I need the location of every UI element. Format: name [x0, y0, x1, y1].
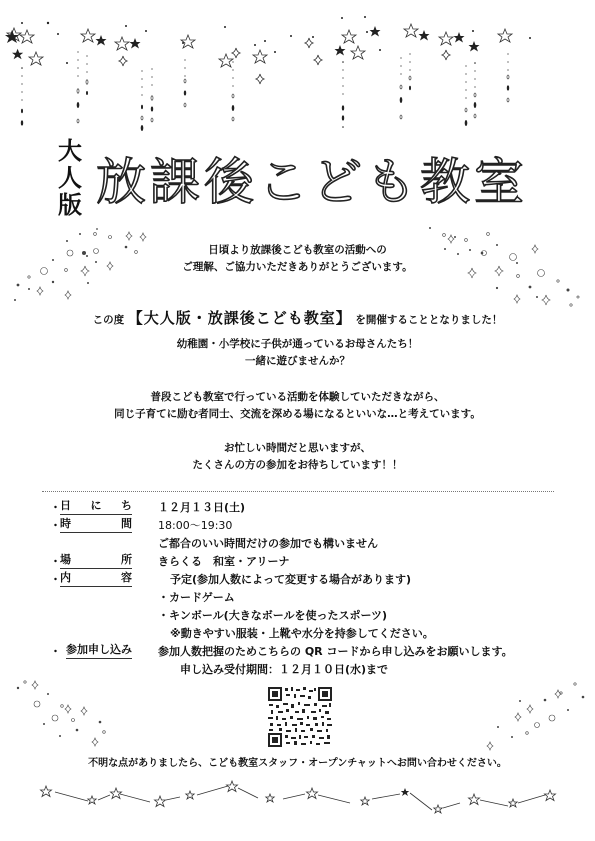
- closing-line-2: たくさんの方の参加をお待ちしています！！: [0, 457, 595, 474]
- strand: [21, 67, 23, 125]
- announcement-prefix: この度: [93, 314, 125, 326]
- content-value: 予定(参加人数によって変更する場合があります): [170, 571, 411, 587]
- closing-line-1: お忙しい時間だと思いますが、: [0, 440, 595, 457]
- content-note-row: ※動きやすい服装・上靴や水分を持参してください。: [50, 625, 560, 643]
- time-value: 18:00～19:30: [158, 517, 232, 533]
- qr-code[interactable]: [267, 686, 333, 748]
- detail-content: ・ 内容 予定(参加人数によって変更する場合があります): [50, 571, 560, 589]
- date-value: １２月１３日(土): [158, 499, 245, 515]
- event-details: ・ 日にち １２月１３日(土) ・ 時間 18:00～19:30 ご都合のいい時…: [50, 499, 560, 679]
- badge-char: 版: [48, 192, 92, 219]
- apply-deadline: 申し込み受付期間：１２月１０日(水)まで: [180, 661, 388, 677]
- purpose-line-1: 普段こども教室で行っている活動を体験していただきながら、: [0, 389, 595, 406]
- content-item: ・キンボール(大きなボールを使ったスポーツ): [50, 607, 560, 625]
- place-label: 場所: [60, 553, 132, 569]
- intro-line-1: 日頃より放課後こども教室の活動への: [0, 242, 595, 259]
- detail-apply: ・ 参加申し込み 参加人数把握のためこちらの QR コードから申し込みをお願いし…: [50, 643, 560, 661]
- invite-line-1: 幼稚園・小学校に子供が通っているお母さんたち！: [0, 336, 595, 353]
- intro-line-2: ご理解、ご協力いただきありがとうございます。: [0, 259, 595, 276]
- apply-deadline-row: 申し込み受付期間：１２月１０日(水)まで: [50, 661, 560, 679]
- content-item-card-game: ・カードゲーム: [158, 589, 235, 605]
- content-label: 内容: [60, 571, 132, 587]
- date-label: 日にち: [60, 499, 132, 515]
- purpose-text: 普段こども教室で行っている活動を体験していただきながら、 同じ子育てに励む者同士…: [0, 389, 595, 423]
- detail-date: ・ 日にち １２月１３日(土): [50, 499, 560, 517]
- event-name-highlight: 【大人版・放課後こども教室】: [128, 309, 352, 327]
- apply-value: 参加人数把握のためこちらの QR コードから申し込みをお願いします。: [158, 643, 513, 659]
- invite-line-2: 一緒に遊びませんか？: [0, 353, 595, 370]
- closing-text: お忙しい時間だと思いますが、 たくさんの方の参加をお待ちしています！！: [0, 440, 595, 474]
- intro-text: 日頃より放課後こども教室の活動への ご理解、ご協力いただきありがとうございます。: [0, 242, 595, 276]
- detail-time: ・ 時間 18:00～19:30: [50, 517, 560, 535]
- badge-char: 大: [48, 138, 92, 165]
- content-item: ・カードゲーム: [50, 589, 560, 607]
- detail-time-note: ご都合のいい時間だけの参加でも構いません: [50, 535, 560, 553]
- badge-char: 人: [48, 165, 92, 192]
- footer-contact-note: 不明な点がありましたら、こども教室スタッフ・オープンチャットへお問い合わせくださ…: [0, 754, 595, 769]
- content-note: ※動きやすい服装・上靴や水分を持参してください。: [170, 625, 434, 641]
- announcement: この度 【大人版・放課後こども教室】 を開催することとなりました！: [0, 307, 595, 328]
- time-note: ご都合のいい時間だけの参加でも構いません: [158, 535, 378, 551]
- page-title: 放課後こども教室: [96, 142, 528, 214]
- star-curtain-decoration: [0, 0, 595, 135]
- place-value: きらくる 和室・アリーナ: [158, 553, 290, 569]
- adult-version-badge: 大 人 版: [48, 138, 92, 219]
- title-block: 大 人 版 放課後こども教室: [48, 138, 518, 228]
- purpose-line-2: 同じ子育てに励む者同士、交流を深める場になるといいな…と考えています。: [0, 406, 595, 423]
- apply-label: 参加申し込み: [66, 643, 132, 659]
- dotted-divider: [42, 491, 554, 492]
- content-item-kin-ball: ・キンボール(大きなボールを使ったスポーツ): [158, 607, 387, 623]
- detail-place: ・ 場所 きらくる 和室・アリーナ: [50, 553, 560, 571]
- announcement-suffix: を開催することとなりました！: [355, 314, 502, 326]
- invite-text: 幼稚園・小学校に子供が通っているお母さんたち！ 一緒に遊びませんか？: [0, 336, 595, 370]
- time-label: 時間: [60, 517, 132, 533]
